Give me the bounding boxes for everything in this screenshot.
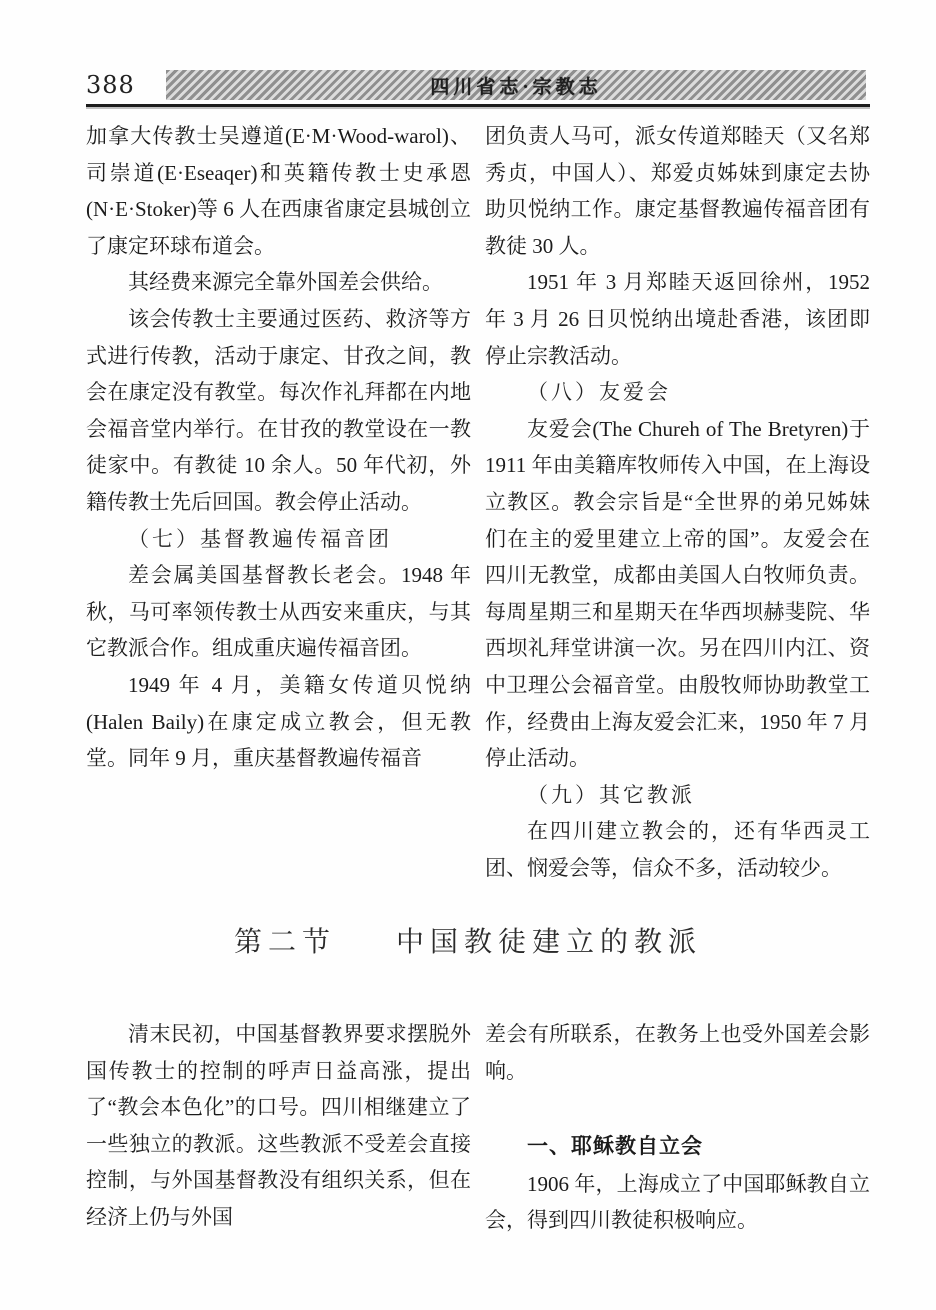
header-rule bbox=[86, 104, 870, 107]
subheading-eight: （八）友爱会 bbox=[485, 374, 870, 411]
page-number: 388 bbox=[86, 71, 148, 99]
header-band: 四川省志·宗教志 bbox=[166, 70, 866, 100]
header-band-title: 四川省志·宗教志 bbox=[430, 72, 601, 99]
subheading-one-jesus-independent-church: 一、耶稣教自立会 bbox=[485, 1129, 870, 1166]
paragraph: 差会有所联系，在教务上也受外国差会影响。 bbox=[485, 1016, 870, 1089]
paragraph: 其经费来源完全靠外国差会供给。 bbox=[86, 264, 471, 301]
subheading-nine: （九）其它教派 bbox=[485, 777, 870, 814]
section-heading: 第二节 中国教徒建立的教派 bbox=[0, 920, 936, 960]
top-right-column: 团负责人马可，派女传道郑睦天（又名郑秀贞，中国人）、郑爱贞姊妹到康定去协助贝悦纳… bbox=[485, 118, 870, 886]
top-left-column: 加拿大传教士吴遵道(E·M·Wood-warol)、司崇道(E·Eseaqer)… bbox=[86, 118, 471, 886]
paragraph: 1949 年 4 月，美籍女传道贝悦纳(Halen Baily)在康定成立教会，… bbox=[86, 667, 471, 777]
section-heading-title: 中国教徒建立的教派 bbox=[396, 927, 702, 958]
paragraph: 该会传教士主要通过医药、救济等方式进行传教，活动于康定、甘孜之间，教会在康定没有… bbox=[86, 301, 471, 521]
paragraph: 加拿大传教士吴遵道(E·M·Wood-warol)、司崇道(E·Eseaqer)… bbox=[86, 118, 471, 264]
paragraph: 1906 年，上海成立了中国耶稣教自立会，得到四川教徒积极响应。 bbox=[485, 1166, 870, 1239]
paragraph: 1951 年 3 月郑睦天返回徐州，1952 年 3 月 26 日贝悦纳出境赴香… bbox=[485, 264, 870, 374]
section-top: 加拿大传教士吴遵道(E·M·Wood-warol)、司崇道(E·Eseaqer)… bbox=[86, 118, 870, 886]
paragraph: 友爱会(The Chureh of The Bretyren)于 1911 年由… bbox=[485, 411, 870, 777]
book-page: 388 四川省志·宗教志 加拿大传教士吴遵道(E·M·Wood-warol)、司… bbox=[0, 0, 936, 1310]
paragraph: 团负责人马可，派女传道郑睦天（又名郑秀贞，中国人）、郑爱贞姊妹到康定去协助贝悦纳… bbox=[485, 118, 870, 264]
paragraph: 在四川建立教会的，还有华西灵工团、悯爱会等，信众不多，活动较少。 bbox=[485, 813, 870, 886]
subheading-seven: （七）基督教遍传福音团 bbox=[86, 521, 471, 558]
paragraph: 差会属美国基督教长老会。1948 年秋，马可率领传教士从西安来重庆，与其它教派合… bbox=[86, 557, 471, 667]
bottom-left-column: 清末民初，中国基督教界要求摆脱外国传教士的控制的呼声日益高涨，提出了“教会本色化… bbox=[86, 1016, 471, 1239]
section-heading-label: 第二节 bbox=[234, 927, 336, 958]
bottom-right-column: 差会有所联系，在教务上也受外国差会影响。 一、耶稣教自立会 1906 年，上海成… bbox=[485, 1016, 870, 1239]
page-header: 388 四川省志·宗教志 bbox=[86, 68, 866, 102]
section-bottom: 清末民初，中国基督教界要求摆脱外国传教士的控制的呼声日益高涨，提出了“教会本色化… bbox=[86, 1016, 870, 1239]
paragraph: 清末民初，中国基督教界要求摆脱外国传教士的控制的呼声日益高涨，提出了“教会本色化… bbox=[86, 1016, 471, 1236]
